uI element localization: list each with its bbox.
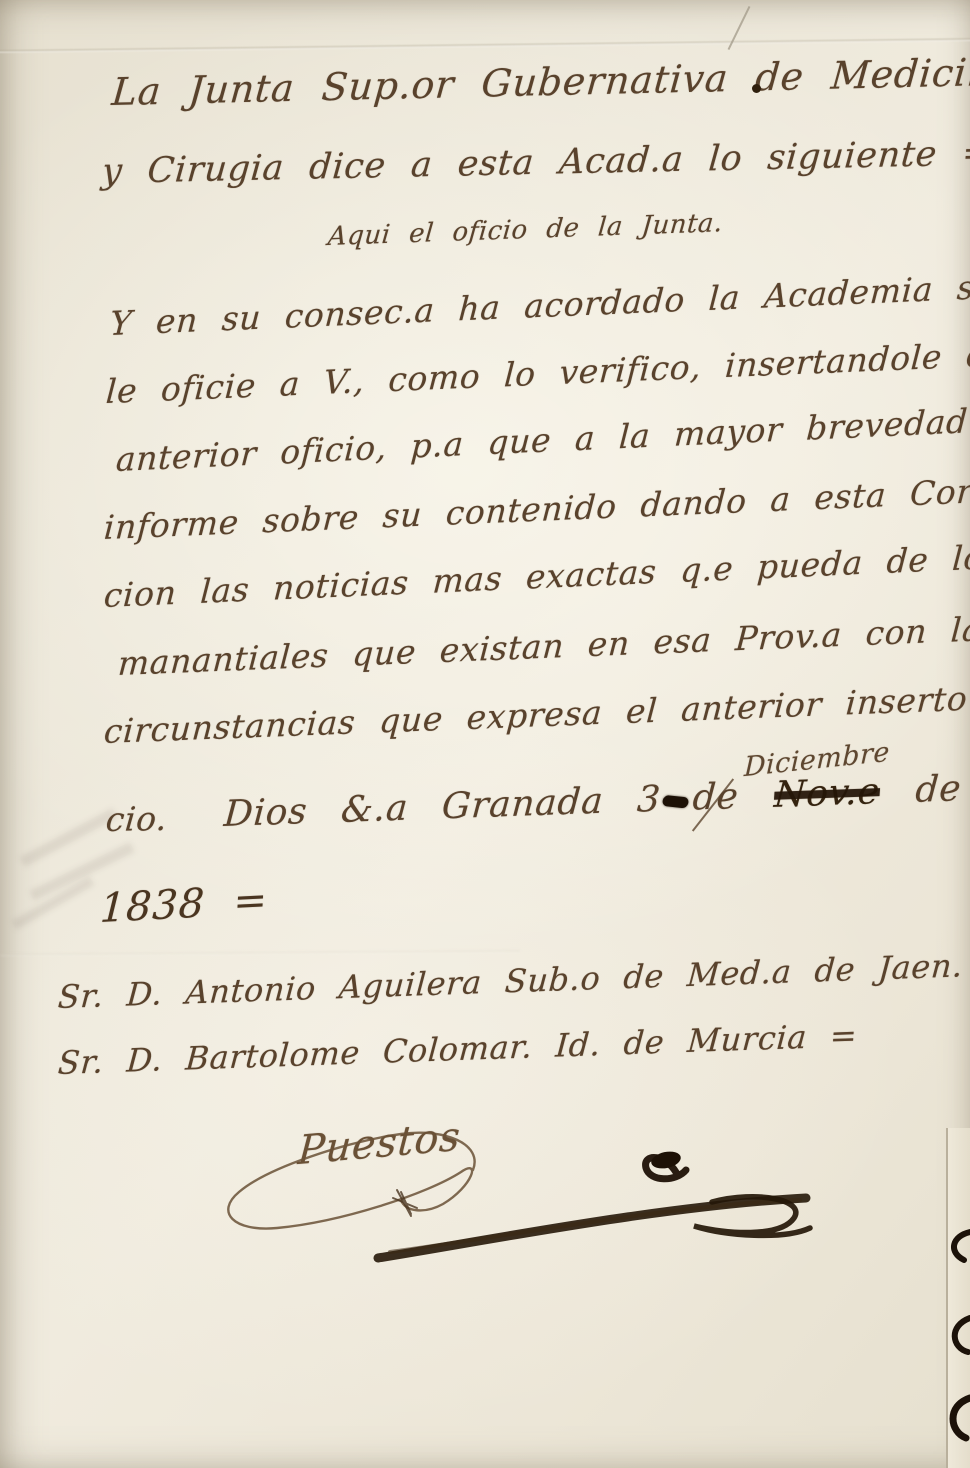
manuscript-line: cio. xyxy=(104,799,169,839)
pencil-mark xyxy=(728,6,751,50)
manuscript-line: Aqui el oficio de la Junta. xyxy=(327,208,724,252)
manuscript-line: manantiales que existan en esa Prov.a co… xyxy=(117,609,970,684)
date-line: Dios &.a Granada 3de Nov.e de xyxy=(223,768,963,835)
ink-dot xyxy=(752,84,761,93)
manuscript-line: informe sobre su contenido dando a esta … xyxy=(103,468,970,547)
date-de: de xyxy=(691,776,740,819)
manuscript-page: La Junta Sup.or Gubernativa de Medicina … xyxy=(0,0,970,1468)
year-line: 1838 = xyxy=(99,877,269,932)
manuscript-line: Y en su consec.a ha acordado la Academia… xyxy=(109,267,970,343)
manuscript-line: cion las noticias mas exactas q.e pueda … xyxy=(103,537,970,615)
manuscript-line: le oficie a V., como lo verifico, insert… xyxy=(105,335,970,411)
ink-bleedthrough-mark xyxy=(12,876,95,930)
valediction-text: Dios &.a Granada 3 xyxy=(223,779,663,835)
horizontal-fold-crease xyxy=(0,38,970,53)
date-de: de xyxy=(914,768,963,811)
struck-month: Nov.e xyxy=(771,771,883,816)
faint-crease xyxy=(0,950,520,956)
recipient-line: Sr. D. Bartolome Colomar. Id. de Murcia … xyxy=(57,1016,859,1082)
manuscript-line: La Junta Sup.or Gubernativa de Medicina xyxy=(110,49,970,114)
ink-blot xyxy=(662,794,690,808)
manuscript-line: circunstancias que expresa el anterior i… xyxy=(103,676,970,751)
recipient-line: Sr. D. Antonio Aguilera Sub.o de Med.a d… xyxy=(57,946,965,1016)
rubric-flourish xyxy=(360,1140,820,1280)
manuscript-line: y Cirugia dice a esta Acad.a lo siguient… xyxy=(100,133,970,192)
adjacent-page-ink xyxy=(940,1140,970,1468)
manuscript-line: anterior oficio, p.a que a la mayor brev… xyxy=(115,399,970,479)
ink-bleedthrough-mark xyxy=(20,808,118,867)
